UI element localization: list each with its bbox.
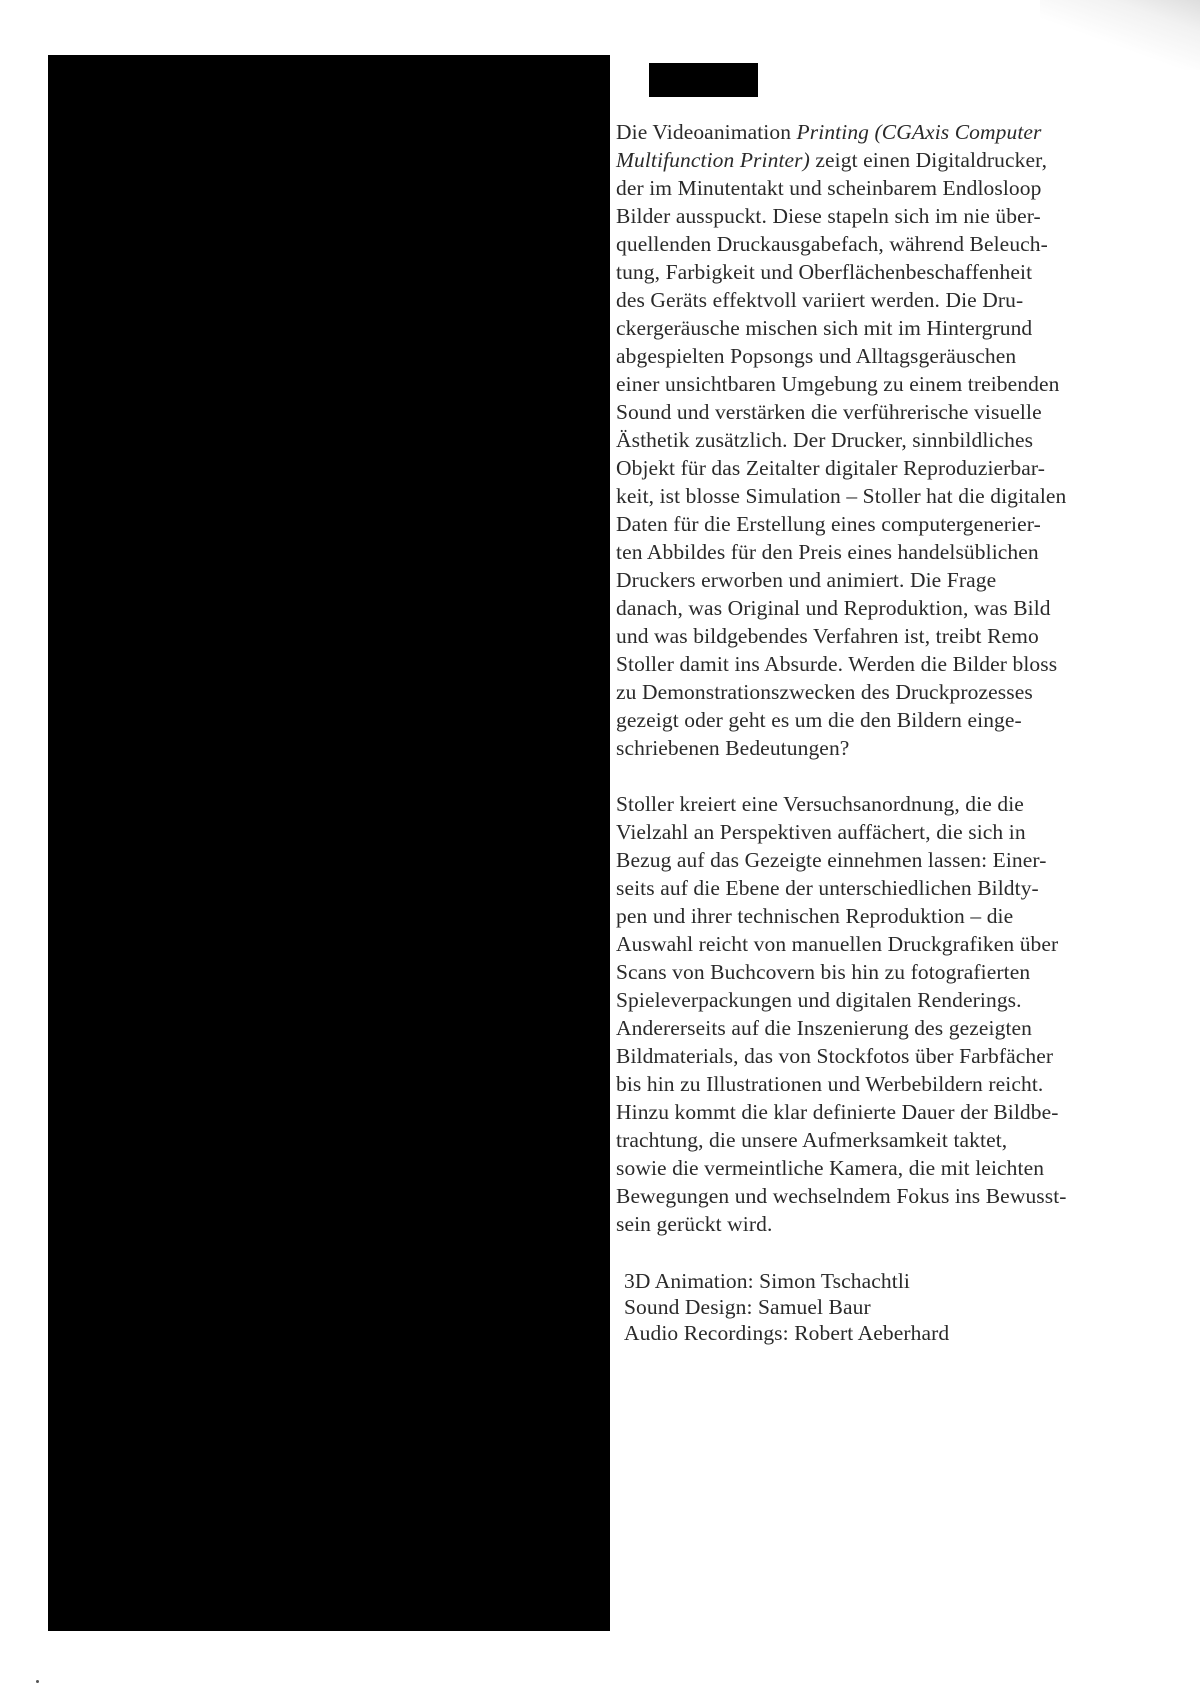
text-line: und was bildgebendes Verfahren ist, trei… [616,622,1176,650]
redacted-image-block [48,55,610,1631]
text-run: Die Videoanimation [616,120,797,144]
text-line: Ästhetik zusätzlich. Der Drucker, sinnbi… [616,426,1176,454]
text-line: Stoller kreiert eine Versuchsanordnung, … [616,790,1176,818]
text-line: Bezug auf das Gezeigte einnehmen lassen:… [616,846,1176,874]
paragraph-description: Die Videoanimation Printing (CGAxis Comp… [616,118,1176,762]
text-line: einer unsichtbaren Umgebung zu einem tre… [616,370,1176,398]
redacted-title-block [649,63,758,97]
text-line: bis hin zu Illustrationen und Werbebilde… [616,1070,1176,1098]
text-line: Hinzu kommt die klar definierte Dauer de… [616,1098,1176,1126]
text-line: Andererseits auf die Inszenierung des ge… [616,1014,1176,1042]
text-line: schriebenen Bedeutungen? [616,734,1176,762]
text-column: Die Videoanimation Printing (CGAxis Comp… [616,118,1176,1346]
work-title: Printing (CGAxis Computer [797,120,1042,144]
text-line: Die Videoanimation Printing (CGAxis Comp… [616,118,1176,146]
text-line: danach, was Original und Reproduktion, w… [616,594,1176,622]
text-line: ten Abbildes für den Preis eines handels… [616,538,1176,566]
page-curl-shadow [1040,0,1200,70]
credits: 3D Animation: Simon Tschachtli Sound Des… [616,1268,1176,1346]
work-title-cont: Multifunction Printer) [616,148,810,172]
text-line: Druckers erworben und animiert. Die Frag… [616,566,1176,594]
credit-3d-animation: 3D Animation: Simon Tschachtli [624,1268,1176,1294]
text-line: Bilder ausspuckt. Diese stapeln sich im … [616,202,1176,230]
text-line: Sound und verstärken die verführerische … [616,398,1176,426]
text-run: zeigt einen Digitaldrucker, [810,148,1047,172]
text-line: tung, Farbigkeit und Oberflächenbeschaff… [616,258,1176,286]
text-line: pen und ihrer technischen Reproduktion –… [616,902,1176,930]
text-line: Vielzahl an Perspektiven auffächert, die… [616,818,1176,846]
text-line: Bewegungen und wechselndem Fokus ins Bew… [616,1182,1176,1210]
text-line: ckergeräusche mischen sich mit im Hinter… [616,314,1176,342]
text-line: Spieleverpackungen und digitalen Renderi… [616,986,1176,1014]
text-line: zu Demonstrationszwecken des Druckprozes… [616,678,1176,706]
credit-audio-recordings: Audio Recordings: Robert Aeberhard [624,1320,1176,1346]
text-line: Auswahl reicht von manuellen Druckgrafik… [616,930,1176,958]
text-line: sowie die vermeintliche Kamera, die mit … [616,1154,1176,1182]
text-line: des Geräts effektvoll variiert werden. D… [616,286,1176,314]
text-line: Objekt für das Zeitalter digitaler Repro… [616,454,1176,482]
text-line: trachtung, die unsere Aufmerksamkeit tak… [616,1126,1176,1154]
text-line: Daten für die Erstellung eines computerg… [616,510,1176,538]
text-line: der im Minutentakt und scheinbarem Endlo… [616,174,1176,202]
text-line: keit, ist blosse Simulation – Stoller ha… [616,482,1176,510]
scan-speck [36,1680,39,1683]
text-line: abgespielten Popsongs und Alltagsgeräusc… [616,342,1176,370]
text-line: Multifunction Printer) zeigt einen Digit… [616,146,1176,174]
text-line: seits auf die Ebene der unterschiedliche… [616,874,1176,902]
paragraph-analysis: Stoller kreiert eine Versuchsanordnung, … [616,790,1176,1238]
text-line: gezeigt oder geht es um die den Bildern … [616,706,1176,734]
text-line: Bildmaterials, das von Stockfotos über F… [616,1042,1176,1070]
text-line: sein gerückt wird. [616,1210,1176,1238]
credit-sound-design: Sound Design: Samuel Baur [624,1294,1176,1320]
text-line: Scans von Buchcovern bis hin zu fotograf… [616,958,1176,986]
text-line: Stoller damit ins Absurde. Werden die Bi… [616,650,1176,678]
text-line: quellenden Druckausgabefach, während Bel… [616,230,1176,258]
